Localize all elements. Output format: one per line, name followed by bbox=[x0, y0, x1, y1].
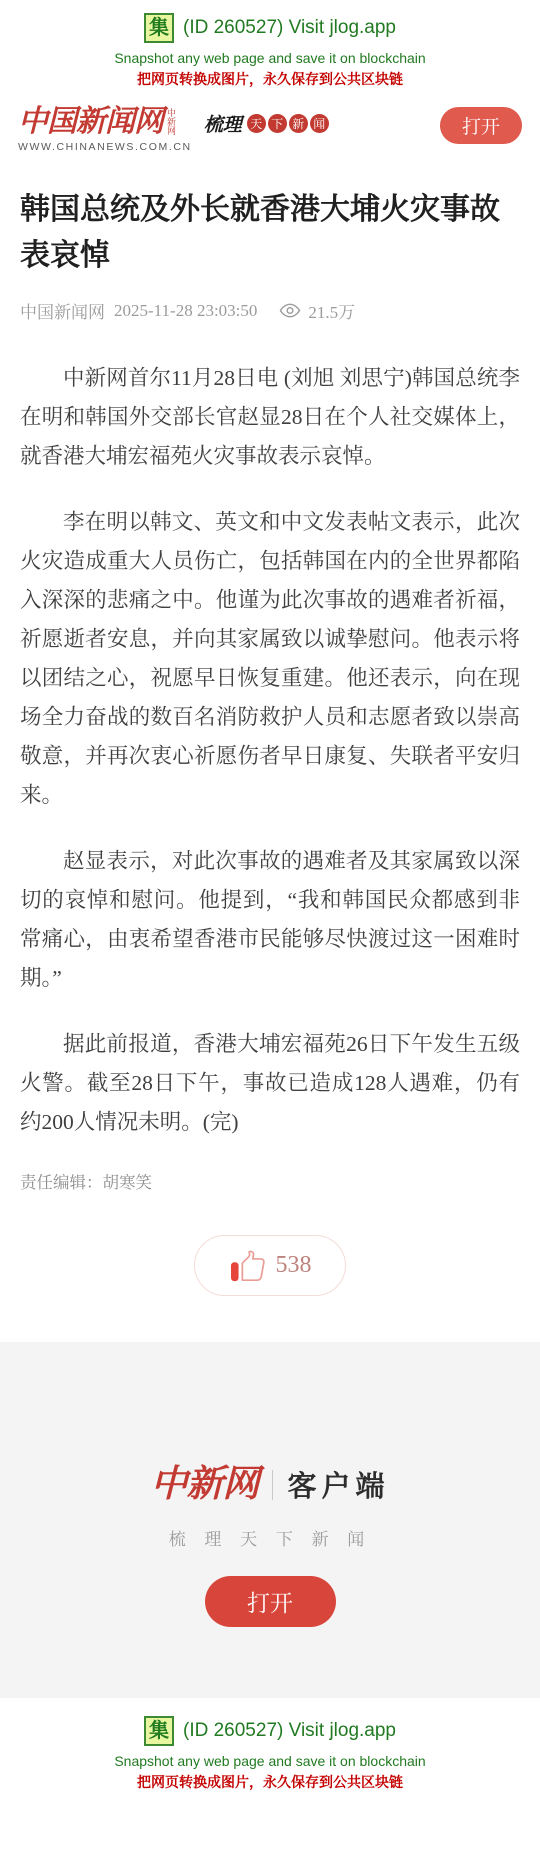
footer-logo-divider bbox=[272, 1470, 273, 1500]
slogan-char-circle: 新 bbox=[289, 114, 308, 133]
slogan-prefix: 梳理 bbox=[204, 110, 242, 137]
jlog-banner-bottom[interactable]: 集 (ID 260527) Visit jlog.app Snapshot an… bbox=[0, 1698, 540, 1806]
jlog-tagline-zh: 把网页转换成图片，永久保存到公共区块链 bbox=[0, 1772, 540, 1792]
chinanews-logo-url: WWW.CHINANEWS.COM.CN bbox=[18, 141, 192, 153]
footer-logo-row: 中新网 客户端 bbox=[150, 1464, 389, 1505]
jlog-banner-id-row: 集 (ID 260527) Visit jlog.app bbox=[0, 1716, 540, 1746]
article-title: 韩国总统及外长就香港大埔火灾事故表哀悼 bbox=[20, 187, 520, 278]
footer-chinanews-logo: 中新网 bbox=[150, 1466, 258, 1503]
slogan-char-circle: 天 bbox=[247, 114, 266, 133]
eye-icon bbox=[279, 303, 301, 318]
view-count-value: 21.5万 bbox=[308, 298, 355, 323]
page: 集 (ID 260527) Visit jlog.app Snapshot an… bbox=[0, 0, 540, 1806]
article-source: 中国新闻网 bbox=[20, 298, 105, 323]
jlog-tagline-en: Snapshot any web page and save it on blo… bbox=[0, 1753, 540, 1769]
open-app-button-footer[interactable]: 打开 bbox=[205, 1576, 336, 1627]
header-slogan: 梳理 天 下 新 闻 bbox=[204, 110, 329, 137]
view-count: 21.5万 bbox=[279, 298, 355, 323]
jlog-logo-icon: 集 bbox=[144, 1716, 174, 1746]
jlog-tagline-zh: 把网页转换成图片，永久保存到公共区块链 bbox=[0, 69, 540, 89]
jlog-banner-id-row: 集 (ID 260527) Visit jlog.app bbox=[0, 13, 540, 43]
chinanews-logo-seal: 中新网 bbox=[166, 108, 175, 135]
open-app-button-header[interactable]: 打开 bbox=[440, 107, 522, 144]
article-paragraph: 赵显表示，对此次事故的遇难者及其家属致以深切的哀悼和慰问。他提到，“我和韩国民众… bbox=[20, 842, 520, 998]
chinanews-logo[interactable]: 中国新闻网 中新网 WWW.CHINANEWS.COM.CN bbox=[18, 107, 192, 153]
footer-client-label: 客户端 bbox=[287, 1464, 389, 1505]
article-body: 中新网首尔11月28日电 (刘旭 刘思宁)韩国总统李在明和韩国外交部长官赵显28… bbox=[20, 359, 520, 1142]
jlog-tagline-en: Snapshot any web page and save it on blo… bbox=[0, 50, 540, 66]
article-paragraph: 据此前报道，香港大埔宏福苑26日下午发生五级火警。截至28日下午，事故已造成12… bbox=[20, 1025, 520, 1142]
article-paragraph: 中新网首尔11月28日电 (刘旭 刘思宁)韩国总统李在明和韩国外交部长官赵显28… bbox=[20, 359, 520, 476]
slogan-char-circle: 下 bbox=[268, 114, 287, 133]
slogan-char-circle: 闻 bbox=[310, 114, 329, 133]
jlog-id-text[interactable]: (ID 260527) Visit jlog.app bbox=[183, 1720, 396, 1742]
jlog-banner-top[interactable]: 集 (ID 260527) Visit jlog.app Snapshot an… bbox=[0, 0, 540, 99]
jlog-logo-icon: 集 bbox=[144, 13, 174, 43]
article: 韩国总统及外长就香港大埔火灾事故表哀悼 中国新闻网 2025-11-28 23:… bbox=[0, 187, 540, 1296]
jlog-id-text[interactable]: (ID 260527) Visit jlog.app bbox=[183, 17, 396, 39]
article-meta: 中国新闻网 2025-11-28 23:03:50 21.5万 bbox=[20, 298, 520, 323]
site-header: 中国新闻网 中新网 WWW.CHINANEWS.COM.CN 梳理 天 下 新 … bbox=[0, 99, 540, 163]
article-datetime: 2025-11-28 23:03:50 bbox=[114, 301, 257, 321]
article-paragraph: 李在明以韩文、英文和中文发表帖文表示，此次火灾造成重大人员伤亡，包括韩国在内的全… bbox=[20, 503, 520, 815]
like-button[interactable]: 538 bbox=[194, 1235, 346, 1296]
editor-credit: 责任编辑：胡寒笑 bbox=[20, 1169, 520, 1193]
chinanews-logo-text: 中国新闻网 bbox=[18, 107, 163, 137]
footer-slogan: 梳 理 天 下 新 闻 bbox=[169, 1525, 372, 1550]
thumbs-up-icon bbox=[229, 1249, 267, 1283]
app-promo-footer: 中新网 客户端 梳 理 天 下 新 闻 打开 bbox=[0, 1342, 540, 1698]
like-count: 538 bbox=[276, 1252, 312, 1279]
